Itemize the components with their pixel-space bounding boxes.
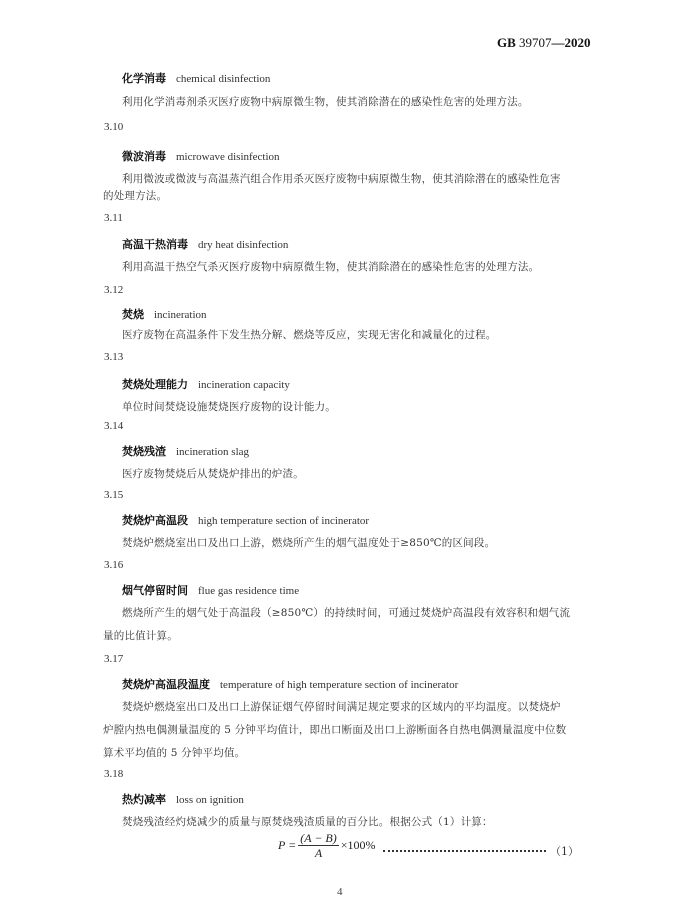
- leader-dots: [383, 850, 546, 852]
- term-heading: 焚烧炉高温段high temperature section of incine…: [122, 512, 369, 528]
- term-heading: 焚烧残渣incineration slag: [122, 443, 249, 459]
- definition-text: 算术平均值的 5 分钟平均值。: [103, 745, 245, 760]
- definition-text: 利用微波或微波与高温蒸汽组合作用杀灭医疗废物中病原微生物，使其消除潜在的感染性危…: [122, 171, 561, 186]
- clause-number: 3.16: [104, 559, 123, 571]
- clause-number: 3.10: [104, 121, 123, 133]
- formula: P = (A − B) A ×100%: [278, 831, 376, 860]
- term-heading: 焚烧处理能力incineration capacity: [122, 376, 290, 392]
- clause-number: 3.15: [104, 489, 123, 501]
- definition-text: 单位时间焚烧设施焚烧医疗废物的设计能力。: [122, 399, 336, 414]
- term-heading: 焚烧炉高温段温度temperature of high temperature …: [122, 676, 458, 692]
- definition-text: 焚烧炉燃烧室出口及出口上游，燃烧所产生的烟气温度处于≥850℃的区间段。: [122, 535, 495, 550]
- clause-number: 3.17: [104, 653, 123, 665]
- clause-number: 3.11: [104, 212, 123, 224]
- term-heading: 焚烧incineration: [122, 306, 207, 322]
- definition-text: 医疗废物在高温条件下发生热分解、燃烧等反应，实现无害化和减量化的过程。: [122, 327, 497, 342]
- equation-number: （1）: [550, 843, 579, 859]
- term-heading: 微波消毒microwave disinfection: [122, 148, 280, 164]
- clause-number: 3.12: [104, 284, 123, 296]
- definition-text: 利用高温干热空气杀灭医疗废物中病原微生物，使其消除潜在的感染性危害的处理方法。: [122, 259, 539, 274]
- definition-text: 燃烧所产生的烟气处于高温段（≥850℃）的持续时间，可通过焚烧炉高温段有效容积和…: [122, 605, 570, 620]
- clause-number: 3.14: [104, 420, 123, 432]
- term-heading: 化学消毒chemical disinfection: [122, 70, 270, 86]
- definition-text: 的处理方法。: [103, 188, 167, 203]
- definition-text: 焚烧残渣经灼烧减少的质量与原焚烧残渣质量的百分比。根据公式（1）计算：: [122, 814, 493, 829]
- term-heading: 高温干热消毒dry heat disinfection: [122, 236, 288, 252]
- clause-number: 3.18: [104, 768, 123, 780]
- definition-text: 焚烧炉燃烧室出口及出口上游保证烟气停留时间满足规定要求的区域内的平均温度。以焚烧…: [122, 699, 561, 714]
- standard-code: GB 39707—2020: [497, 35, 591, 51]
- fraction: (A − B) A: [298, 831, 339, 860]
- definition-text: 量的比值计算。: [103, 628, 178, 643]
- definition-text: 炉膛内热电偶测量温度的 5 分钟平均值计，即出口断面及出口上游断面各自热电偶测量…: [103, 722, 566, 737]
- definition-text: 医疗废物焚烧后从焚烧炉排出的炉渣。: [122, 466, 304, 481]
- page-number: 4: [337, 886, 343, 898]
- definition-text: 利用化学消毒剂杀灭医疗废物中病原微生物，使其消除潜在的感染性危害的处理方法。: [122, 94, 529, 109]
- term-heading: 烟气停留时间flue gas residence time: [122, 582, 299, 598]
- term-heading: 热灼减率loss on ignition: [122, 791, 244, 807]
- clause-number: 3.13: [104, 351, 123, 363]
